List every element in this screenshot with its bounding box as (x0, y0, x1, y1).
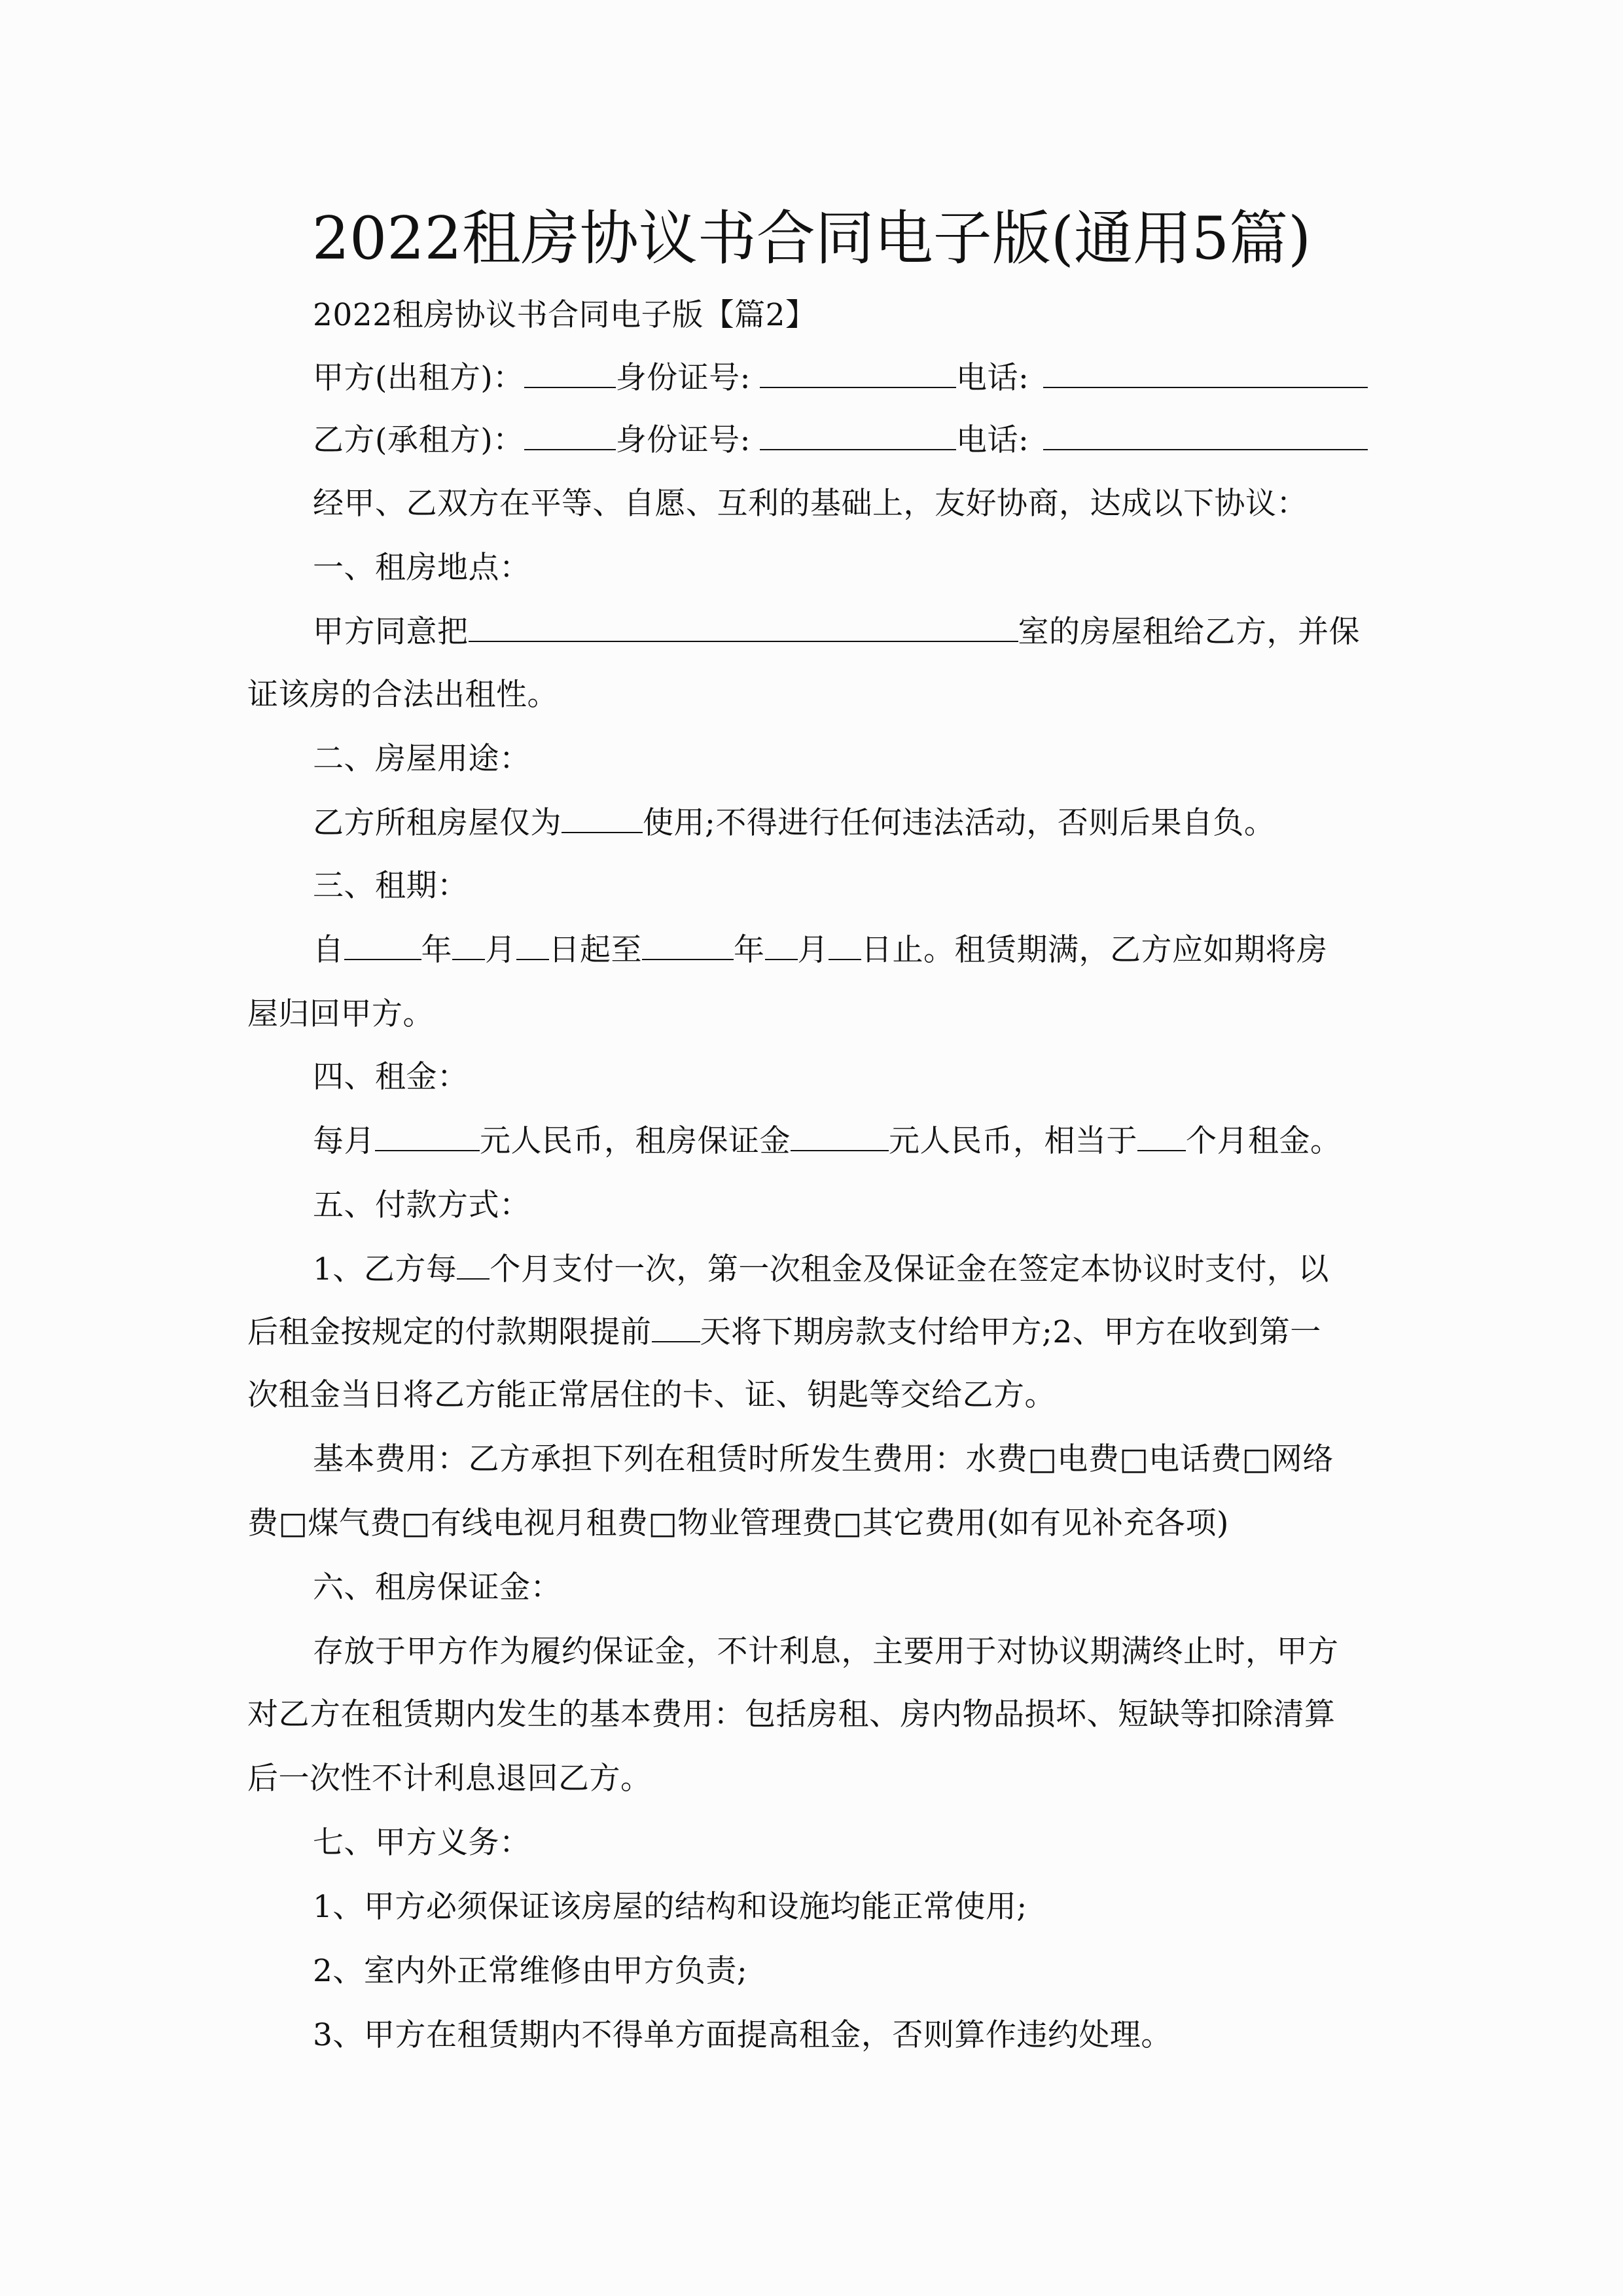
section-3-heading: 三、租期： (313, 867, 469, 906)
text-segment: 后租金按规定的付款期限提前 (247, 1314, 652, 1350)
section-2-heading: 二、房屋用途： (313, 740, 531, 779)
document-title: 2022租房协议书合同电子版(通用5篇) (0, 203, 1623, 275)
party-b-label: 乙方(承租方)： (313, 422, 524, 458)
party-b-id-blank[interactable] (760, 423, 956, 450)
end-day-blank[interactable] (829, 933, 861, 960)
text-segment: 使用;不得进行任何违法活动，否则后果自负。 (643, 805, 1275, 841)
deposit-months-blank[interactable] (1137, 1124, 1186, 1151)
section-subtitle: 2022租房协议书合同电子版【篇2】 (313, 296, 817, 335)
section-7-item-3: 3、甲方在租赁期内不得单方面提高租金，否则算作违约处理。 (313, 2016, 1172, 2055)
address-blank[interactable] (469, 615, 1018, 642)
party-a-label: 甲方(出租方)： (313, 360, 524, 396)
section-1-line-2: 证该房的合法出租性。 (247, 675, 558, 715)
party-a-id-label: 身份证号: (616, 360, 751, 396)
section-7-item-2: 2、室内外正常维修由甲方负责; (313, 1952, 747, 1991)
fees-line-1: 基本费用：乙方承担下列在租赁时所发生费用：水费□电费□电话费□网络 (313, 1440, 1334, 1479)
section-5-line-3: 次租金当日将乙方能正常居住的卡、证、钥匙等交给乙方。 (247, 1376, 1056, 1415)
party-a-id-blank[interactable] (760, 361, 956, 388)
text-segment: 元人民币，租房保证金 (480, 1123, 791, 1159)
party-b-line: 乙方(承租方)：身份证号:电话: (313, 421, 1368, 460)
section-4-heading: 四、租金： (313, 1058, 469, 1097)
intro-paragraph: 经甲、乙双方在平等、自愿、互利的基础上，友好协商，达成以下协议： (313, 484, 1308, 524)
party-a-name-blank[interactable] (524, 361, 616, 388)
text-segment: 个月支付一次，第一次租金及保证金在签定本协议时支付，以 (490, 1251, 1329, 1287)
section-4-line-1: 每月元人民币，租房保证金元人民币，相当于个月租金。 (313, 1122, 1342, 1161)
text-segment: 室的房屋租给乙方，并保 (1018, 614, 1361, 650)
advance-days-blank[interactable] (652, 1315, 700, 1342)
text-segment: 天将下期房款支付给甲方;2、甲方在收到第一 (700, 1314, 1321, 1350)
start-month-blank[interactable] (452, 933, 485, 960)
section-6-heading: 六、租房保证金： (313, 1568, 562, 1607)
text-segment: 自 (313, 932, 344, 968)
text-segment: 月 (485, 932, 516, 968)
section-6-line-3: 后一次性不计利息退回乙方。 (247, 1759, 652, 1799)
section-6-line-2: 对乙方在租赁期内发生的基本费用：包括房租、房内物品损坏、短缺等扣除清算 (247, 1695, 1336, 1734)
section-5-line-1: 1、乙方每个月支付一次，第一次租金及保证金在签定本协议时支付，以 (313, 1250, 1329, 1289)
fees-line-2: 费□煤气费□有线电视月租费□物业管理费□其它费用(如有见补充各项) (247, 1504, 1229, 1543)
start-year-blank[interactable] (344, 933, 421, 960)
party-a-phone-label: 电话: (956, 360, 1029, 396)
text-segment: 月 (798, 932, 829, 968)
section-3-line-1: 自年月日起至年月日止。租赁期满，乙方应如期将房 (313, 931, 1328, 970)
party-b-id-label: 身份证号: (616, 422, 751, 458)
start-day-blank[interactable] (516, 933, 549, 960)
text-segment: 乙方所租房屋仅为 (313, 805, 562, 841)
usage-blank[interactable] (562, 806, 643, 833)
deposit-blank[interactable] (791, 1124, 889, 1151)
party-a-phone-blank[interactable] (1043, 361, 1368, 388)
section-2-line-1: 乙方所租房屋仅为使用;不得进行任何违法活动，否则后果自负。 (313, 804, 1275, 843)
text-segment: 个月租金。 (1186, 1123, 1342, 1159)
party-b-phone-label: 电话: (956, 422, 1029, 458)
party-b-phone-blank[interactable] (1043, 423, 1368, 450)
monthly-rent-blank[interactable] (375, 1124, 480, 1151)
text-segment: 年 (734, 932, 765, 968)
section-5-heading: 五、付款方式： (313, 1186, 531, 1225)
end-year-blank[interactable] (642, 933, 734, 960)
payment-months-blank[interactable] (457, 1252, 490, 1280)
section-5-line-2: 后租金按规定的付款期限提前天将下期房款支付给甲方;2、甲方在收到第一 (247, 1313, 1321, 1352)
text-segment: 元人民币，相当于 (889, 1123, 1137, 1159)
text-segment: 日止。租赁期满，乙方应如期将房 (861, 932, 1328, 968)
section-1-line-1: 甲方同意把室的房屋租给乙方，并保 (313, 613, 1360, 652)
text-segment: 甲方同意把 (313, 614, 469, 650)
text-segment: 年 (421, 932, 453, 968)
section-6-line-1: 存放于甲方作为履约保证金，不计利息，主要用于对协议期满终止时，甲方 (313, 1632, 1339, 1672)
party-b-name-blank[interactable] (524, 423, 616, 450)
text-segment: 1、乙方每 (313, 1251, 457, 1287)
text-segment: 日起至 (549, 932, 643, 968)
section-1-heading: 一、租房地点： (313, 548, 531, 588)
section-7-item-1: 1、甲方必须保证该房屋的结构和设施均能正常使用; (313, 1888, 1027, 1927)
section-7-heading: 七、甲方义务： (313, 1823, 531, 1863)
end-month-blank[interactable] (765, 933, 798, 960)
party-a-line: 甲方(出租方)：身份证号:电话: (313, 359, 1368, 398)
document-page: 2022租房协议书合同电子版(通用5篇) 2022租房协议书合同电子版【篇2】 … (0, 0, 1623, 2296)
section-3-line-2: 屋归回甲方。 (247, 995, 434, 1034)
text-segment: 每月 (313, 1123, 375, 1159)
